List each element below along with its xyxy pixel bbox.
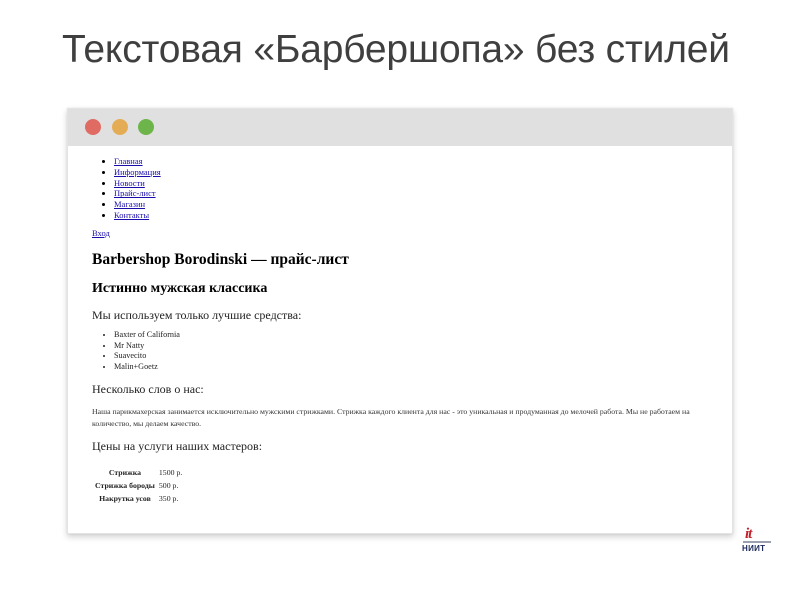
browser-title-bar [68, 109, 732, 146]
tagline-heading: Истинно мужская классика [92, 279, 708, 299]
table-row: Стрижка 1500 р. [94, 467, 183, 478]
service-name: Накрутка усов [94, 493, 156, 504]
list-item: Suavecito [114, 351, 708, 362]
list-item: Mr Natty [114, 341, 708, 352]
nav-item-pricelist: Прайс-лист [114, 188, 708, 199]
service-name: Стрижка [94, 467, 156, 478]
browser-window: Главная Информация Новости Прайс-лист Ма… [67, 108, 733, 534]
nav-item-home: Главная [114, 156, 708, 167]
service-price: 1500 р. [158, 467, 183, 478]
prices-table: Стрижка 1500 р. Стрижка бороды 500 р. На… [92, 465, 185, 506]
niit-logo: it НИИТ [741, 526, 773, 556]
nav-item-news: Новости [114, 178, 708, 189]
prices-heading: Цены на услуги наших мастеров: [92, 437, 708, 455]
main-nav: Главная Информация Новости Прайс-лист Ма… [114, 156, 708, 221]
nav-link-news[interactable]: Новости [114, 178, 145, 188]
login-link[interactable]: Вход [92, 228, 110, 238]
logo-name: НИИТ [742, 544, 765, 553]
products-heading: Мы используем только лучшие средства: [92, 306, 708, 324]
maximize-window-button[interactable] [138, 119, 154, 135]
nav-link-shop[interactable]: Магазин [114, 199, 145, 209]
nav-link-home[interactable]: Главная [114, 156, 143, 166]
about-heading: Несколько слов о нас: [92, 380, 708, 398]
page-heading: Barbershop Borodinski — прайс-лист [92, 250, 708, 270]
nav-item-info: Информация [114, 167, 708, 178]
table-row: Стрижка бороды 500 р. [94, 480, 183, 491]
logo-divider [743, 541, 771, 543]
nav-item-contacts: Контакты [114, 210, 708, 221]
minimize-window-button[interactable] [112, 119, 128, 135]
table-row: Накрутка усов 350 р. [94, 493, 183, 504]
nav-link-info[interactable]: Информация [114, 167, 161, 177]
list-item: Baxter of California [114, 330, 708, 341]
nav-link-pricelist[interactable]: Прайс-лист [114, 188, 156, 198]
page-content: Главная Информация Новости Прайс-лист Ма… [68, 146, 732, 533]
close-window-button[interactable] [85, 119, 101, 135]
about-text: Наша парикмахерская занимается исключите… [92, 406, 712, 430]
slide-title: Текстовая «Барбершопа» без стилей [62, 28, 730, 72]
service-price: 500 р. [158, 480, 183, 491]
service-name: Стрижка бороды [94, 480, 156, 491]
products-list: Baxter of California Mr Natty Suavecito … [114, 330, 708, 373]
service-price: 350 р. [158, 493, 183, 504]
nav-item-shop: Магазин [114, 199, 708, 210]
nav-link-contacts[interactable]: Контакты [114, 210, 149, 220]
list-item: Malin+Goetz [114, 362, 708, 373]
